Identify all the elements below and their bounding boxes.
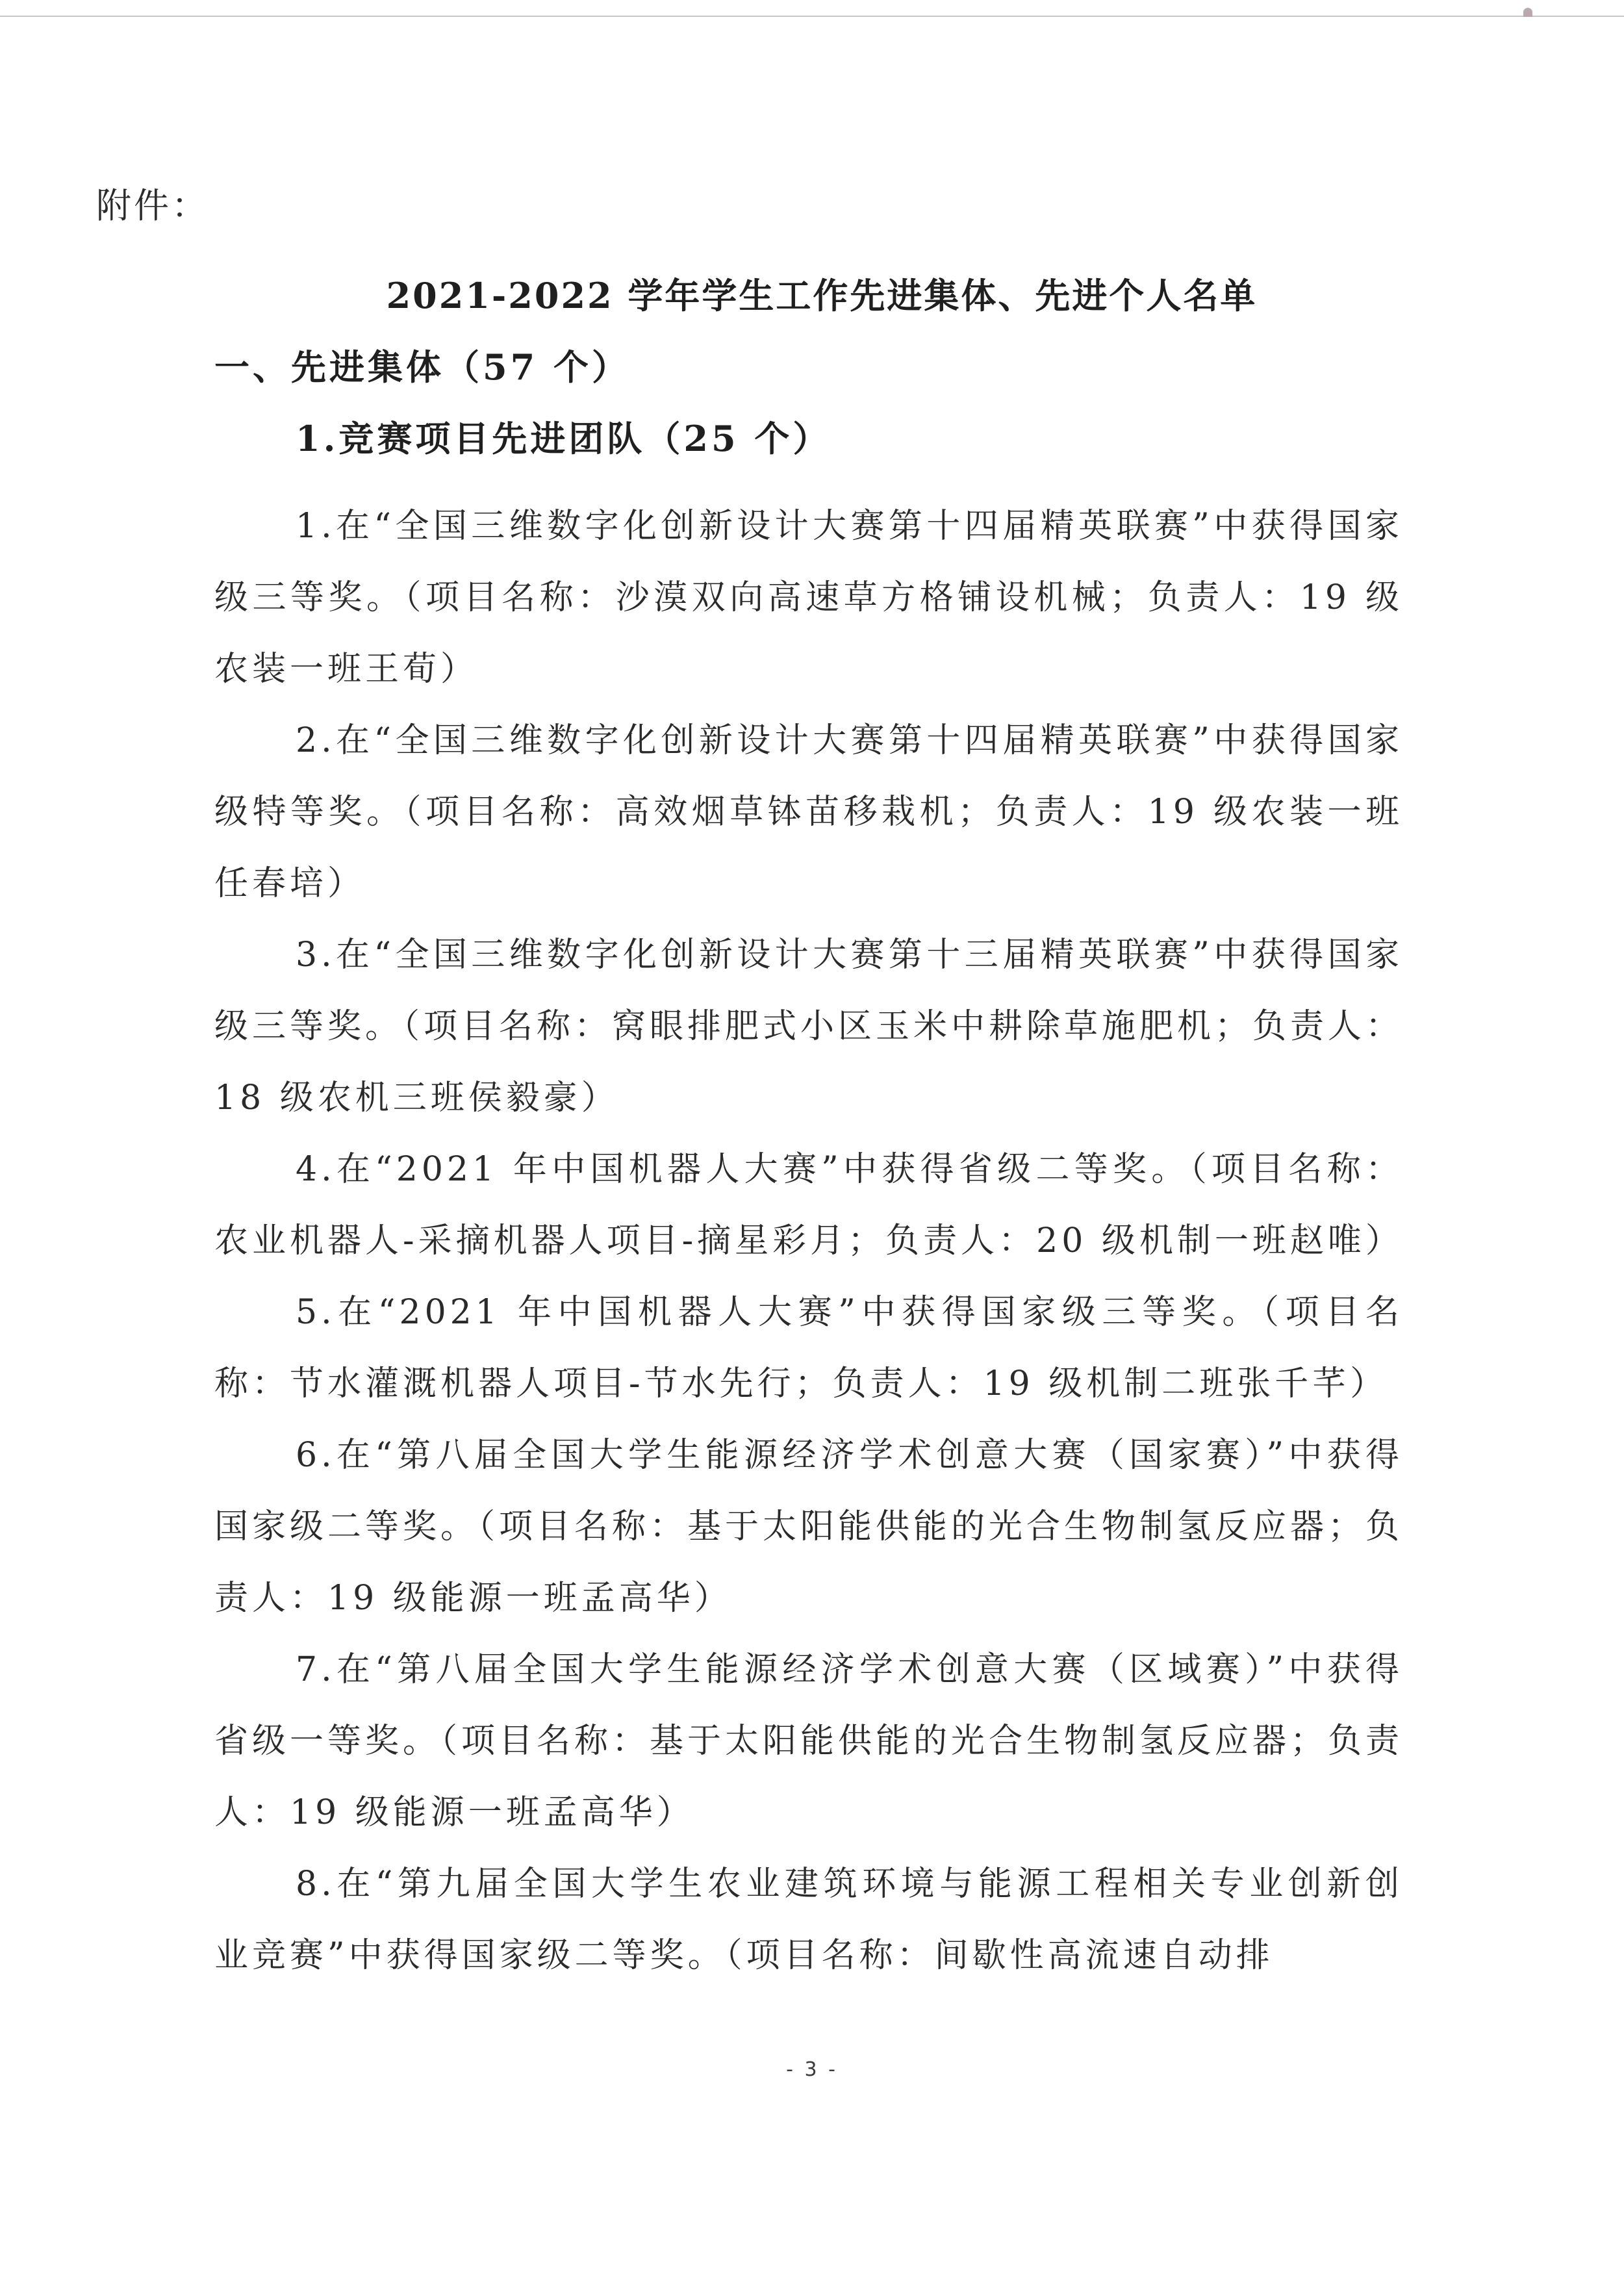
award-list: 1.在“全国三维数字化创新设计大赛第十四届精英联赛”中获得国家级三等奖。（项目名…: [214, 491, 1403, 1991]
document-page: 附件： 2021-2022 学年学生工作先进集体、先进个人名单 一、先进集体（5…: [0, 0, 1624, 2296]
section-heading-advanced-collectives: 一、先进集体（57 个）: [214, 344, 630, 390]
award-item-2: 2.在“全国三维数字化创新设计大赛第十四届精英联赛”中获得国家级特等奖。（项目名…: [214, 705, 1403, 919]
document-title: 2021-2022 学年学生工作先进集体、先进个人名单: [0, 273, 1624, 318]
award-item-7: 7.在“第八届全国大学生能源经济学术创意大赛（区域赛）”中获得省级一等奖。（项目…: [214, 1634, 1403, 1848]
attachment-label: 附件：: [96, 183, 209, 229]
award-item-5: 5.在“2021 年中国机器人大赛”中获得国家级三等奖。（项目名称：节水灌溉机器…: [214, 1277, 1403, 1420]
subsection-heading-competition-teams: 1.竞赛项目先进团队（25 个）: [296, 416, 831, 461]
award-item-1: 1.在“全国三维数字化创新设计大赛第十四届精英联赛”中获得国家级三等奖。（项目名…: [214, 491, 1403, 705]
award-item-4: 4.在“2021 年中国机器人大赛”中获得省级二等奖。（项目名称：农业机器人-采…: [214, 1134, 1403, 1277]
award-item-6: 6.在“第八届全国大学生能源经济学术创意大赛（国家赛）”中获得国家级二等奖。（项…: [214, 1420, 1403, 1634]
award-item-3: 3.在“全国三维数字化创新设计大赛第十三届精英联赛”中获得国家级三等奖。（项目名…: [214, 919, 1403, 1134]
page-number: - 3 -: [0, 2057, 1624, 2083]
award-item-8: 8.在“第九届全国大学生农业建筑环境与能源工程相关专业创新创业竞赛”中获得国家级…: [214, 1848, 1403, 1991]
